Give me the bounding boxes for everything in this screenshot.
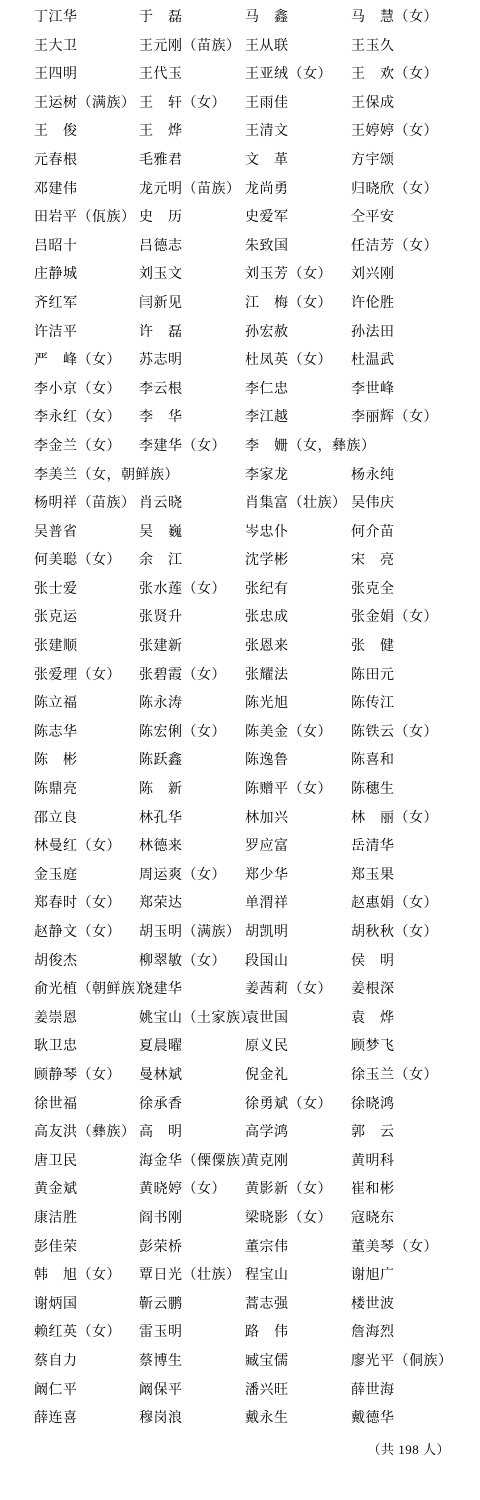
name-cell: 吴伟庆	[351, 495, 395, 513]
name-row: 丁江华于 磊马 鑫马 慧（女）	[0, 9, 480, 38]
name-cell: 胡凯明	[245, 924, 289, 942]
name-cell: 孙宏赦	[245, 324, 289, 342]
name-cell: 邓建伟	[34, 181, 78, 199]
name-cell: 黄影新（女）	[245, 1181, 332, 1199]
name-cell: 李江越	[245, 409, 289, 427]
name-cell: 黄克刚	[245, 1153, 289, 1171]
name-cell: 王四明	[34, 66, 78, 84]
name-cell: 周运爽（女）	[139, 867, 226, 885]
name-cell: 王元刚（苗族）	[139, 38, 241, 56]
name-row: 徐世福徐承香徐勇斌（女）徐晓鸿	[0, 1096, 480, 1125]
name-cell: 刘兴刚	[351, 266, 395, 284]
name-row: 许洁平许 磊孙宏赦孙法田	[0, 324, 480, 353]
name-row: 邓建伟龙元明（苗族）龙尚勇归晓欣（女）	[0, 181, 480, 210]
name-cell: 李小京（女）	[34, 381, 121, 399]
name-cell: 薛连喜	[34, 1410, 78, 1428]
name-cell: 王亚绒（女）	[245, 66, 332, 84]
name-cell: 王 轩（女）	[139, 95, 226, 113]
name-cell: 吴 巍	[139, 524, 183, 542]
name-cell: 岑忠仆	[245, 524, 289, 542]
name-cell: 林孔华	[139, 810, 183, 828]
name-cell: 陈鼎亮	[34, 781, 78, 799]
name-row: 耿卫忠夏晨曜原义民顾梦飞	[0, 1038, 480, 1067]
name-cell: 唐卫民	[34, 1153, 78, 1171]
name-cell: 张碧霞（女）	[139, 667, 226, 685]
name-row: 王运树（满族）王 轩（女）王雨佳王保成	[0, 95, 480, 124]
name-cell: 丁江华	[34, 9, 78, 27]
name-cell: 陈光旭	[245, 695, 289, 713]
name-cell: 刘玉芳（女）	[245, 266, 332, 284]
name-row: 王大卫王元刚（苗族）王从联王玉久	[0, 38, 480, 67]
name-row: 陈立福陈永涛陈光旭陈传江	[0, 695, 480, 724]
name-cell: 李世峰	[351, 381, 395, 399]
name-cell: 严 峰（女）	[34, 352, 121, 370]
name-cell: 王保成	[351, 95, 395, 113]
name-cell: 赵静文（女）	[34, 924, 121, 942]
name-cell: 潘兴旺	[245, 1382, 289, 1400]
name-row: 庄静城刘玉文刘玉芳（女）刘兴刚	[0, 266, 480, 295]
name-cell: 雷玉明	[139, 1324, 183, 1342]
name-cell: 杜凤英（女）	[245, 352, 332, 370]
name-cell: 陈逸鲁	[245, 752, 289, 770]
name-cell: 余 江	[139, 552, 183, 570]
name-cell: 罗应富	[245, 838, 289, 856]
name-row: 康洁胜阎书刚梁晓影（女）寇晓东	[0, 1210, 480, 1239]
name-cell: 俞光植（朝鲜族）	[34, 981, 150, 999]
name-row: 齐红军闫新见江 梅（女）许伦胜	[0, 295, 480, 324]
name-cell: 李家龙	[245, 467, 289, 485]
name-cell: 阚仁平	[34, 1382, 78, 1400]
name-cell: 顾梦飞	[351, 1038, 395, 1056]
name-cell: 马 鑫	[245, 9, 289, 27]
name-cell: 顾静琴（女）	[34, 1067, 121, 1085]
name-cell: 庄静城	[34, 266, 78, 284]
name-cell: 仝平安	[351, 209, 395, 227]
name-cell: 蔡自力	[34, 1353, 78, 1371]
name-row: 邵立良林孔华林加兴林 丽（女）	[0, 810, 480, 839]
name-row: 陈鼎亮陈 新陈赠平（女）陈穗生	[0, 781, 480, 810]
name-cell: 吕德志	[139, 238, 183, 256]
name-row: 张建顺张建新张恩来张 健	[0, 638, 480, 667]
name-cell: 史爱军	[245, 209, 289, 227]
name-row: 李金兰（女）李建华（女）李 姗（女，彝族）	[0, 438, 480, 467]
name-cell: 徐承香	[139, 1096, 183, 1114]
name-cell: 方宇颂	[351, 152, 395, 170]
name-cell: 饶建华	[139, 981, 183, 999]
name-cell: 张 健	[351, 638, 395, 656]
name-cell: 张忠成	[245, 609, 289, 627]
name-cell: 陈美金（女）	[245, 724, 332, 742]
name-row: 田岩平（佤族）史 历史爱军仝平安	[0, 209, 480, 238]
name-cell: 张水莲（女）	[139, 581, 226, 599]
name-cell: 姜根深	[351, 981, 395, 999]
name-row: 蔡自力蔡博生臧宝儒廖光平（侗族）	[0, 1353, 480, 1382]
name-cell: 李 姗（女，彝族）	[245, 438, 376, 456]
name-cell: 韩 旭（女）	[34, 1267, 121, 1285]
name-cell: 康洁胜	[34, 1210, 78, 1228]
name-cell: 张建顺	[34, 638, 78, 656]
name-row: 顾静琴（女）曼林斌倪金礼徐玉兰（女）	[0, 1067, 480, 1096]
name-list: 丁江华于 磊马 鑫马 慧（女）王大卫王元刚（苗族）王从联王玉久王四明王代玉王亚绒…	[0, 9, 480, 1439]
name-row: 赖红英（女）雷玉明路 伟詹海烈	[0, 1324, 480, 1353]
name-row: 王四明王代玉王亚绒（女）王 欢（女）	[0, 66, 480, 95]
name-cell: 单渭祥	[245, 895, 289, 913]
name-cell: 龙尚勇	[245, 181, 289, 199]
name-cell: 于 磊	[139, 9, 183, 27]
name-cell: 陈立福	[34, 695, 78, 713]
name-cell: 苏志明	[139, 352, 183, 370]
name-cell: 寇晓东	[351, 1210, 395, 1228]
name-row: 李小京（女）李云根李仁忠李世峰	[0, 381, 480, 410]
name-cell: 倪金礼	[245, 1067, 289, 1085]
name-row: 吕昭十吕德志朱致国任洁芳（女）	[0, 238, 480, 267]
name-cell: 臧宝儒	[245, 1353, 289, 1371]
name-cell: 何美聪（女）	[34, 552, 121, 570]
name-cell: 元春根	[34, 152, 78, 170]
name-cell: 原义民	[245, 1038, 289, 1056]
name-row: 阚仁平阚保平潘兴旺薛世海	[0, 1382, 480, 1411]
name-cell: 曼林斌	[139, 1067, 183, 1085]
name-cell: 龙元明（苗族）	[139, 181, 241, 199]
name-cell: 张纪有	[245, 581, 289, 599]
name-cell: 陈喜和	[351, 752, 395, 770]
name-cell: 李美兰（女，朝鲜族）	[34, 467, 179, 485]
name-cell: 吴普省	[34, 524, 78, 542]
name-cell: 徐玉兰（女）	[351, 1067, 438, 1085]
name-cell: 肖云晓	[139, 495, 183, 513]
name-cell: 谢旭广	[351, 1267, 395, 1285]
name-cell: 许洁平	[34, 324, 78, 342]
name-cell: 林加兴	[245, 810, 289, 828]
name-cell: 张耀法	[245, 667, 289, 685]
name-row: 李美兰（女，朝鲜族）李家龙杨永纯	[0, 467, 480, 496]
name-cell: 阚保平	[139, 1382, 183, 1400]
name-cell: 文 革	[245, 152, 289, 170]
name-row: 金玉庭周运爽（女）郑少华郑玉果	[0, 867, 480, 896]
name-cell: 任洁芳（女）	[351, 238, 438, 256]
name-cell: 林德来	[139, 838, 183, 856]
name-cell: 廖光平（侗族）	[351, 1353, 453, 1371]
name-cell: 靳云鹏	[139, 1296, 183, 1314]
name-cell: 陈铁云（女）	[351, 724, 438, 742]
name-cell: 王从联	[245, 38, 289, 56]
name-row: 姜崇恩姚宝山（土家族）袁世国袁 烨	[0, 1010, 480, 1039]
name-row: 吴普省吴 巍岑忠仆何介苗	[0, 524, 480, 553]
name-row: 高友洪（彝族）高 明高学鸿郭 云	[0, 1124, 480, 1153]
name-cell: 杨明祥（苗族）	[34, 495, 136, 513]
name-cell: 李云根	[139, 381, 183, 399]
name-row: 杨明祥（苗族）肖云晓肖集富（壮族）吴伟庆	[0, 495, 480, 524]
name-cell: 柳翠敏（女）	[139, 953, 226, 971]
name-cell: 朱致国	[245, 238, 289, 256]
name-cell: 李建华（女）	[139, 438, 226, 456]
name-cell: 郑荣达	[139, 895, 183, 913]
name-row: 李永红（女）李 华李江越李丽辉（女）	[0, 409, 480, 438]
name-cell: 袁世国	[245, 1010, 289, 1028]
name-cell: 张恩来	[245, 638, 289, 656]
name-cell: 穆岗浪	[139, 1410, 183, 1428]
name-cell: 肖集富（壮族）	[245, 495, 347, 513]
name-cell: 陈 新	[139, 781, 183, 799]
name-cell: 黄明科	[351, 1153, 395, 1171]
name-cell: 杨永纯	[351, 467, 395, 485]
name-cell: 金玉庭	[34, 867, 78, 885]
name-cell: 杜温武	[351, 352, 395, 370]
name-cell: 姜崇恩	[34, 1010, 78, 1028]
name-cell: 江 梅（女）	[245, 295, 332, 313]
name-cell: 徐勇斌（女）	[245, 1096, 332, 1114]
name-cell: 王代玉	[139, 66, 183, 84]
name-cell: 张士爱	[34, 581, 78, 599]
name-cell: 马 慧（女）	[351, 9, 438, 27]
name-cell: 郑玉果	[351, 867, 395, 885]
name-cell: 赵惠娟（女）	[351, 895, 438, 913]
name-cell: 陈永涛	[139, 695, 183, 713]
name-cell: 陈志华	[34, 724, 78, 742]
name-cell: 高学鸿	[245, 1124, 289, 1142]
name-cell: 郭 云	[351, 1124, 395, 1142]
name-cell: 吕昭十	[34, 238, 78, 256]
name-row: 赵静文（女）胡玉明（满族）胡凯明胡秋秋（女）	[0, 924, 480, 953]
name-cell: 何介苗	[351, 524, 395, 542]
name-cell: 许 磊	[139, 324, 183, 342]
name-cell: 张爱理（女）	[34, 667, 121, 685]
name-cell: 王雨佳	[245, 95, 289, 113]
document-page: { "page": { "background": "#ffffff", "te…	[0, 0, 480, 1500]
name-cell: 黄晓婷（女）	[139, 1181, 226, 1199]
name-cell: 袁 烨	[351, 1010, 395, 1028]
name-cell: 彭荣桥	[139, 1239, 183, 1257]
name-cell: 陈穗生	[351, 781, 395, 799]
name-cell: 郑春时（女）	[34, 895, 121, 913]
name-cell: 夏晨曜	[139, 1038, 183, 1056]
name-cell: 陈传江	[351, 695, 395, 713]
name-cell: 刘玉文	[139, 266, 183, 284]
name-cell: 沈学彬	[245, 552, 289, 570]
name-cell: 王 俊	[34, 123, 78, 141]
name-cell: 岳清华	[351, 838, 395, 856]
name-cell: 侯 明	[351, 953, 395, 971]
name-cell: 李金兰（女）	[34, 438, 121, 456]
name-cell: 黄金斌	[34, 1181, 78, 1199]
name-cell: 谢炳国	[34, 1296, 78, 1314]
name-cell: 齐红军	[34, 295, 78, 313]
name-cell: 董宗伟	[245, 1239, 289, 1257]
name-row: 陈志华陈宏俐（女）陈美金（女）陈铁云（女）	[0, 724, 480, 753]
name-cell: 胡秋秋（女）	[351, 924, 438, 942]
name-cell: 张建新	[139, 638, 183, 656]
name-row: 元春根毛雅君文 革方宇颂	[0, 152, 480, 181]
name-row: 黄金斌黄晓婷（女）黄影新（女）崔和彬	[0, 1181, 480, 1210]
name-cell: 归晓欣（女）	[351, 181, 438, 199]
name-cell: 闫新见	[139, 295, 183, 313]
name-cell: 陈赠平（女）	[245, 781, 332, 799]
name-row: 韩 旭（女）覃日光（壮族）程宝山谢旭广	[0, 1267, 480, 1296]
name-cell: 许伦胜	[351, 295, 395, 313]
name-row: 王 俊王 烨王清文王婷婷（女）	[0, 123, 480, 152]
name-cell: 邵立良	[34, 810, 78, 828]
name-cell: 胡玉明（满族）	[139, 924, 241, 942]
name-cell: 王大卫	[34, 38, 78, 56]
name-row: 胡俊杰柳翠敏（女）段国山侯 明	[0, 953, 480, 982]
name-cell: 李丽辉（女）	[351, 409, 438, 427]
name-cell: 王运树（满族）	[34, 95, 136, 113]
name-cell: 崔和彬	[351, 1181, 395, 1199]
name-cell: 李永红（女）	[34, 409, 121, 427]
name-cell: 王 欢（女）	[351, 66, 438, 84]
name-cell: 李仁忠	[245, 381, 289, 399]
name-cell: 路 伟	[245, 1324, 289, 1342]
name-cell: 姜茜莉（女）	[245, 981, 332, 999]
name-cell: 田岩平（佤族）	[34, 209, 136, 227]
name-row: 唐卫民海金华（傈僳族）黄克刚黄明科	[0, 1153, 480, 1182]
name-cell: 史 历	[139, 209, 183, 227]
name-row: 郑春时（女）郑荣达单渭祥赵惠娟（女）	[0, 895, 480, 924]
name-cell: 覃日光（壮族）	[139, 1267, 241, 1285]
name-cell: 孙法田	[351, 324, 395, 342]
name-cell: 高友洪（彝族）	[34, 1124, 136, 1142]
name-cell: 王清文	[245, 123, 289, 141]
name-row: 张士爱张水莲（女）张纪有张克全	[0, 581, 480, 610]
name-cell: 王婷婷（女）	[351, 123, 438, 141]
name-cell: 徐晓鸿	[351, 1096, 395, 1114]
name-cell: 蔡博生	[139, 1353, 183, 1371]
name-cell: 张贤升	[139, 609, 183, 627]
name-row: 彭佳荣彭荣桥董宗伟董美琴（女）	[0, 1239, 480, 1268]
name-cell: 张金娟（女）	[351, 609, 438, 627]
name-cell: 宋 亮	[351, 552, 395, 570]
name-row: 严 峰（女）苏志明杜凤英（女）杜温武	[0, 352, 480, 381]
name-cell: 楼世波	[351, 1296, 395, 1314]
name-row: 薛连喜穆岗浪戴永生戴德华	[0, 1410, 480, 1439]
name-cell: 董美琴（女）	[351, 1239, 438, 1257]
total-count-label: （共 198 人）	[367, 1441, 450, 1459]
name-cell: 梁晓影（女）	[245, 1210, 332, 1228]
name-cell: 王 烨	[139, 123, 183, 141]
name-cell: 陈宏俐（女）	[139, 724, 226, 742]
name-cell: 郑少华	[245, 867, 289, 885]
name-row: 俞光植（朝鲜族）饶建华姜茜莉（女）姜根深	[0, 981, 480, 1010]
name-cell: 林曼红（女）	[34, 838, 121, 856]
name-cell: 姚宝山（土家族）	[139, 1010, 255, 1028]
name-cell: 徐世福	[34, 1096, 78, 1114]
name-cell: 蒿志强	[245, 1296, 289, 1314]
name-cell: 张克全	[351, 581, 395, 599]
name-cell: 段国山	[245, 953, 289, 971]
name-cell: 胡俊杰	[34, 953, 78, 971]
name-row: 陈 彬陈跃鑫陈逸鲁陈喜和	[0, 752, 480, 781]
name-row: 张克运张贤升张忠成张金娟（女）	[0, 609, 480, 638]
name-cell: 毛雅君	[139, 152, 183, 170]
name-row: 林曼红（女）林德来罗应富岳清华	[0, 838, 480, 867]
name-cell: 阎书刚	[139, 1210, 183, 1228]
name-row: 张爱理（女）张碧霞（女）张耀法陈田元	[0, 667, 480, 696]
name-cell: 高 明	[139, 1124, 183, 1142]
name-cell: 海金华（傈僳族）	[139, 1153, 255, 1171]
name-cell: 陈跃鑫	[139, 752, 183, 770]
name-cell: 陈 彬	[34, 752, 78, 770]
name-cell: 耿卫忠	[34, 1038, 78, 1056]
name-cell: 詹海烈	[351, 1324, 395, 1342]
name-cell: 张克运	[34, 609, 78, 627]
name-cell: 戴永生	[245, 1410, 289, 1428]
name-cell: 戴德华	[351, 1410, 395, 1428]
name-cell: 薛世海	[351, 1382, 395, 1400]
name-cell: 赖红英（女）	[34, 1324, 121, 1342]
name-cell: 彭佳荣	[34, 1239, 78, 1257]
name-row: 谢炳国靳云鹏蒿志强楼世波	[0, 1296, 480, 1325]
name-cell: 李 华	[139, 409, 183, 427]
name-cell: 林 丽（女）	[351, 810, 438, 828]
name-row: 何美聪（女）余 江沈学彬宋 亮	[0, 552, 480, 581]
name-cell: 程宝山	[245, 1267, 289, 1285]
name-cell: 王玉久	[351, 38, 395, 56]
name-cell: 陈田元	[351, 667, 395, 685]
